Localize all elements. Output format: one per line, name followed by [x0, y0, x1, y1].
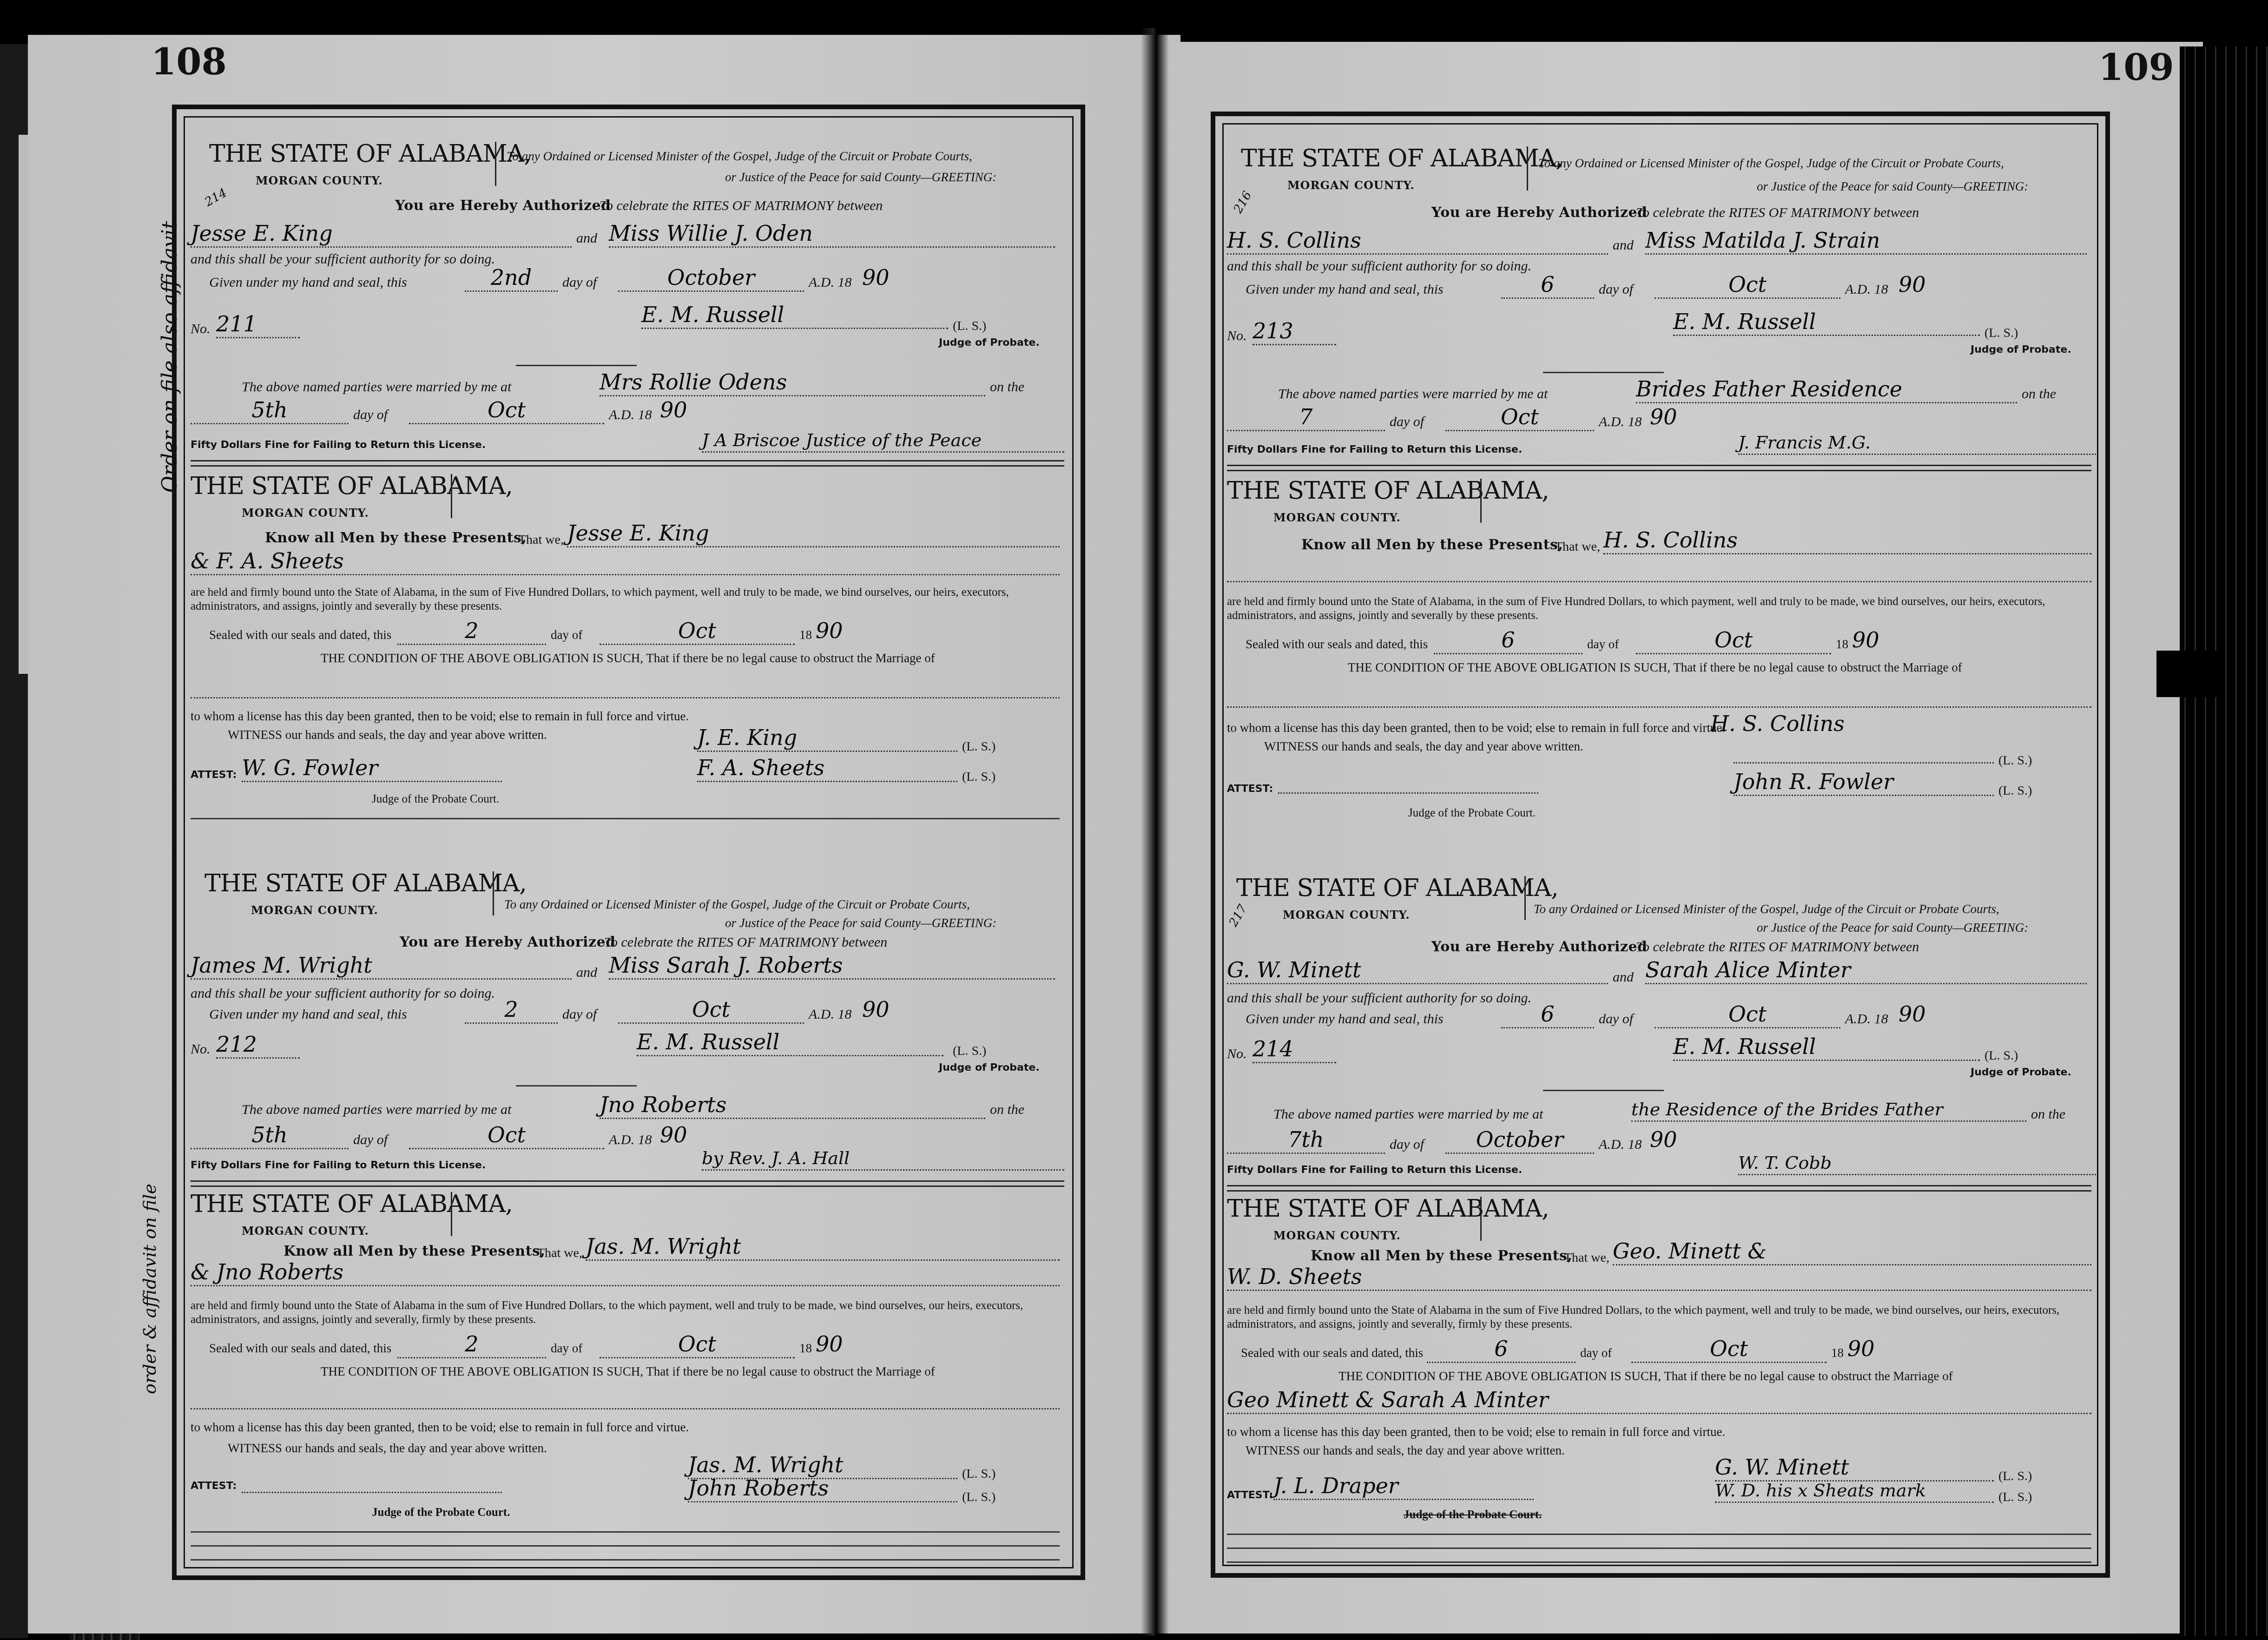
- condition-names: [1227, 683, 2091, 708]
- ad-text-2: A.D. 18: [609, 407, 652, 423]
- license-month: Oct: [618, 997, 804, 1024]
- celebrate-text: To celebrate the RITES OF MATRIMONY betw…: [1636, 939, 1919, 955]
- bride-name: Miss Matilda J. Strain: [1645, 228, 2087, 255]
- day-of-text: day of: [1599, 281, 1633, 298]
- attest-label: ATTEST:: [1227, 783, 1273, 795]
- groom-name: H. S. Collins: [1227, 228, 1608, 255]
- license-day: 2nd: [465, 265, 558, 292]
- day-of-text-2: day of: [1390, 414, 1424, 430]
- bond-month: Oct: [600, 1331, 795, 1358]
- margin-note-bottom: order & affidavit on file: [139, 1184, 160, 1394]
- given-text: Given under my hand and seal, this: [209, 1006, 407, 1023]
- bond-county-heading: MORGAN COUNTY.: [1273, 511, 1401, 525]
- ruled-line: [1227, 1534, 2091, 1535]
- bond-text: are held and firmly bound unto the State…: [191, 1299, 1064, 1327]
- married-at: Mrs Rollie Odens: [600, 369, 985, 396]
- bond-year: 90: [1852, 627, 1879, 653]
- margin-number: 217: [1226, 902, 1251, 929]
- witness-text: WITNESS our hands and seals, the day and…: [228, 727, 547, 742]
- bond-county-heading: MORGAN COUNTY.: [1273, 1229, 1401, 1243]
- bond-month: Oct: [600, 618, 795, 645]
- section-divider: [1227, 1185, 2091, 1192]
- record-214: THE STATE OF ALABAMA, MORGAN COUNTY. 217…: [1227, 874, 2101, 1571]
- married-year: 90: [660, 397, 687, 423]
- margin-number: 216: [1231, 189, 1255, 216]
- greeting-line-2: or Justice of the Peace for said County—…: [725, 170, 996, 184]
- married-month: Oct: [409, 397, 604, 424]
- ls-mark-2: (L. S.): [1998, 783, 2032, 799]
- sealed-text: Sealed with our seals and dated, this: [209, 627, 391, 642]
- witness-text: WITNESS our hands and seals, the day and…: [228, 1441, 547, 1456]
- year-prefix: 18: [1831, 1345, 1844, 1360]
- know-all-text: Know all Men by these Presents,: [1311, 1248, 1572, 1265]
- that-we-text: That we,: [537, 1245, 582, 1261]
- bride-name: Miss Sarah J. Roberts: [609, 953, 1055, 980]
- attest-signature: W. G. Fowler: [242, 755, 502, 782]
- bond-state-heading: THE STATE OF ALABAMA,: [1227, 1194, 1549, 1223]
- bond-text: are held and firmly bound unto the State…: [191, 586, 1064, 613]
- bond-principals-1: Jesse E. King: [567, 520, 1060, 547]
- ad-text-2: A.D. 18: [1599, 1136, 1642, 1153]
- bond-principals-1: Jas. M. Wright: [586, 1234, 1060, 1261]
- married-month: Oct: [409, 1122, 604, 1149]
- ruled-line: [191, 818, 1060, 819]
- day-of-text-3: day of: [551, 1341, 582, 1356]
- day-of-text-3: day of: [1587, 637, 1619, 652]
- celebrate-text: To celebrate the RITES OF MATRIMONY betw…: [1636, 204, 1919, 221]
- ls-mark: (L. S.): [953, 1043, 986, 1059]
- given-text: Given under my hand and seal, this: [1246, 1011, 1444, 1027]
- section-divider: [191, 1180, 1064, 1187]
- section-divider: [1227, 465, 2091, 471]
- greeting-line-1: To any Ordained or Licensed Minister of …: [1534, 902, 1999, 916]
- bond-principals-2: & F. A. Sheets: [191, 548, 1060, 575]
- license-number: 214: [1253, 1036, 1336, 1063]
- witness-text: WITNESS our hands and seals, the day and…: [1264, 739, 1583, 754]
- that-we-text: That we,: [1564, 1250, 1609, 1266]
- and-text: and: [1613, 969, 1634, 986]
- license-number: 211: [216, 311, 300, 338]
- judge-probate-court-label: Judge of the Probate Court.: [1404, 1508, 1542, 1522]
- married-year: 90: [1650, 1127, 1677, 1153]
- ls-mark-2: (L. S.): [1998, 1489, 2032, 1505]
- married-by-text: The above named parties were married by …: [242, 379, 511, 395]
- bond-year: 90: [1847, 1336, 1875, 1362]
- page-number-left: 108: [151, 41, 227, 83]
- condition-names: Geo Minett & Sarah A Minter: [1227, 1387, 2091, 1414]
- officiant-signature: W. T. Cobb: [1738, 1153, 2096, 1175]
- celebrate-text: To celebrate the RITES OF MATRIMONY betw…: [604, 934, 887, 951]
- day-of-text-3: day of: [1580, 1345, 1612, 1360]
- ad-text: A.D. 18: [1845, 281, 1888, 298]
- day-of-text-2: day of: [1390, 1136, 1424, 1153]
- authorized-text: You are Hereby Authorized: [395, 198, 611, 214]
- ls-mark-1: (L. S.): [1998, 1469, 2032, 1484]
- page-stack-right: [2180, 46, 2268, 1636]
- fine-notice: Fifty Dollars Fine for Failing to Return…: [1227, 444, 1522, 456]
- officiant-signature: by Rev. J. A. Hall: [702, 1148, 1064, 1171]
- separator-ornament: [516, 1085, 637, 1087]
- bond-state-heading: THE STATE OF ALABAMA,: [1227, 476, 1549, 505]
- married-by-text: The above named parties were married by …: [1278, 386, 1548, 402]
- married-month: Oct: [1445, 404, 1594, 431]
- judge-signature: E. M. Russell: [1673, 1034, 1980, 1061]
- separator-ornament: [1543, 372, 1664, 373]
- bond-county-heading: MORGAN COUNTY.: [242, 1225, 369, 1238]
- judge-signature: E. M. Russell: [637, 1029, 943, 1056]
- license-day: 2: [465, 997, 558, 1024]
- on-the-text: on the: [990, 379, 1024, 395]
- separator-ornament: [1543, 1090, 1664, 1091]
- sufficient-text: and this shall be your sufficient author…: [191, 251, 495, 268]
- know-all-text: Know all Men by these Presents,: [1301, 537, 1563, 553]
- judge-of-probate-label: Judge of Probate.: [1971, 344, 2071, 356]
- authorized-text: You are Hereby Authorized: [1431, 204, 1648, 221]
- greeting-line-1: To any Ordained or Licensed Minister of …: [504, 897, 970, 912]
- state-heading: THE STATE OF ALABAMA,: [1241, 144, 1563, 173]
- day-of-text: day of: [1599, 1011, 1633, 1027]
- and-text: and: [1613, 237, 1634, 254]
- ls-mark-2: (L. S.): [962, 769, 996, 785]
- day-of-text-2: day of: [353, 1132, 388, 1148]
- ad-text: A.D. 18: [809, 1006, 852, 1023]
- condition-names: [191, 1385, 1060, 1409]
- attest-label: ATTEST:: [191, 769, 237, 781]
- ruled-line: [1227, 1548, 2091, 1549]
- and-text: and: [576, 230, 597, 247]
- attest-signature: [242, 1469, 502, 1493]
- brace: [1527, 146, 1528, 191]
- ls-mark: (L. S.): [953, 318, 986, 334]
- groom-name: James M. Wright: [191, 953, 572, 980]
- officiant-signature: J A Briscoe Justice of the Peace: [702, 430, 1064, 453]
- bond-state-heading: THE STATE OF ALABAMA,: [191, 472, 513, 501]
- condition-text: THE CONDITION OF THE ABOVE OBLIGATION IS…: [321, 1364, 935, 1379]
- married-by-text: The above named parties were married by …: [242, 1101, 511, 1118]
- sufficient-text: and this shall be your sufficient author…: [1227, 258, 1531, 275]
- condition-names: [191, 674, 1060, 698]
- state-heading: THE STATE OF ALABAMA,: [1236, 874, 1558, 902]
- brace: [1480, 1197, 1482, 1241]
- to-whom-text: to whom a license has this day been gran…: [1227, 720, 1725, 735]
- index-tab: [2156, 651, 2222, 697]
- bond-county-heading: MORGAN COUNTY.: [242, 507, 369, 520]
- ls-mark-2: (L. S.): [962, 1489, 996, 1505]
- on-the-text: on the: [2031, 1106, 2065, 1123]
- authorized-text: You are Hereby Authorized: [1431, 939, 1648, 955]
- signature-1: H. S. Collins: [1710, 711, 1845, 737]
- given-text: Given under my hand and seal, this: [1246, 281, 1444, 298]
- bond-principals-2: & Jno Roberts: [191, 1259, 1060, 1286]
- fine-notice: Fifty Dollars Fine for Failing to Return…: [1227, 1164, 1522, 1176]
- ls-mark-1: (L. S.): [962, 1466, 996, 1482]
- bond-principals-1: Geo. Minett &: [1613, 1238, 2091, 1265]
- signature-1: G. W. Minett: [1715, 1455, 1994, 1482]
- bride-name: Sarah Alice Minter: [1645, 957, 2087, 984]
- license-year: 90: [1899, 272, 1926, 297]
- bond-principals-1: H. S. Collins: [1603, 527, 2091, 554]
- married-at: the Residence of the Brides Father: [1631, 1099, 2026, 1122]
- section-divider: [191, 460, 1064, 467]
- married-day: 7th: [1227, 1127, 1385, 1154]
- to-whom-text: to whom a license has this day been gran…: [191, 709, 689, 724]
- no-label: No.: [191, 1041, 211, 1058]
- married-year: 90: [660, 1122, 687, 1148]
- to-whom-text: to whom a license has this day been gran…: [191, 1420, 689, 1435]
- condition-text: THE CONDITION OF THE ABOVE OBLIGATION IS…: [1348, 660, 1962, 675]
- bond-day: 2: [397, 1331, 546, 1358]
- judge-signature: E. M. Russell: [641, 302, 948, 329]
- condition-text: THE CONDITION OF THE ABOVE OBLIGATION IS…: [321, 651, 935, 665]
- license-day: 6: [1501, 272, 1594, 299]
- state-heading: THE STATE OF ALABAMA,: [204, 869, 527, 898]
- record-212: THE STATE OF ALABAMA, MORGAN COUNTY. To …: [191, 869, 1074, 1566]
- married-at: Brides Father Residence: [1636, 376, 2017, 403]
- no-label: No.: [1227, 328, 1247, 344]
- fine-notice: Fifty Dollars Fine for Failing to Return…: [191, 439, 486, 451]
- that-we-text: That we,: [1555, 539, 1600, 555]
- brace: [1480, 479, 1482, 523]
- day-of-text: day of: [562, 274, 597, 291]
- no-label: No.: [191, 321, 211, 337]
- bride-name: Miss Willie J. Oden: [609, 221, 1055, 248]
- married-day: 7: [1227, 404, 1385, 431]
- attest-signature: [1278, 769, 1538, 794]
- license-month: Oct: [1655, 272, 1840, 299]
- ad-text-2: A.D. 18: [1599, 414, 1642, 430]
- ruled-line: [191, 1531, 1060, 1533]
- sufficient-text: and this shall be your sufficient author…: [1227, 990, 1531, 1007]
- attest-label: ATTEST:: [1227, 1489, 1273, 1502]
- judge-of-probate-label: Judge of Probate.: [939, 337, 1040, 349]
- judge-probate-court-label: Judge of the Probate Court.: [372, 792, 499, 806]
- greeting-line-2: or Justice of the Peace for said County—…: [1757, 179, 2028, 194]
- judge-probate-court-label: Judge of the Probate Court.: [372, 1506, 510, 1520]
- sealed-text: Sealed with our seals and dated, this: [1246, 637, 1428, 652]
- license-month: Oct: [1655, 1001, 1840, 1028]
- greeting-line-1: To any Ordained or Licensed Minister of …: [1538, 156, 2004, 171]
- brace: [493, 871, 494, 916]
- signature-2: John Roberts: [688, 1475, 957, 1502]
- day-of-text-2: day of: [353, 407, 388, 423]
- attest-signature: J. L. Draper: [1273, 1473, 1534, 1500]
- judge-signature: E. M. Russell: [1673, 309, 1980, 336]
- brace: [451, 474, 452, 518]
- year-prefix: 18: [799, 1341, 812, 1356]
- signature-2: F. A. Sheets: [697, 755, 957, 782]
- married-month: October: [1445, 1127, 1594, 1154]
- officiant-signature: J. Francis M.G.: [1738, 432, 2096, 455]
- judge-of-probate-label: Judge of Probate.: [1971, 1067, 2071, 1079]
- page-number-right: 109: [2098, 46, 2174, 89]
- bond-year: 90: [816, 1331, 843, 1357]
- bond-principals-2: [1227, 558, 2091, 582]
- day-of-text-3: day of: [551, 627, 582, 642]
- attest-label: ATTEST:: [191, 1480, 237, 1492]
- groom-name: Jesse E. King: [191, 221, 572, 248]
- ruled-line: [191, 1545, 1060, 1547]
- year-prefix: 18: [799, 627, 812, 642]
- county-heading: MORGAN COUNTY.: [1283, 909, 1410, 922]
- ad-text: A.D. 18: [809, 274, 852, 291]
- bond-day: 2: [397, 618, 546, 645]
- know-all-text: Know all Men by these Presents,: [283, 1243, 545, 1260]
- ls-mark: (L. S.): [1984, 325, 2018, 341]
- condition-text: THE CONDITION OF THE ABOVE OBLIGATION IS…: [1338, 1369, 1953, 1383]
- ad-text-2: A.D. 18: [609, 1132, 652, 1148]
- bond-day: 6: [1434, 627, 1582, 654]
- license-number: 212: [216, 1032, 300, 1059]
- bond-month: Oct: [1631, 1336, 1826, 1363]
- on-the-text: on the: [990, 1101, 1024, 1118]
- that-we-text: That we,: [518, 532, 564, 548]
- bond-state-heading: THE STATE OF ALABAMA,: [191, 1190, 513, 1218]
- ls-mark-1: (L. S.): [1998, 753, 2032, 769]
- greeting-line-2: or Justice of the Peace for said County—…: [725, 916, 996, 930]
- sealed-text: Sealed with our seals and dated, this: [209, 1341, 391, 1356]
- judge-of-probate-label: Judge of Probate.: [939, 1062, 1040, 1074]
- record-211: THE STATE OF ALABAMA, MORGAN COUNTY. To …: [191, 139, 1074, 836]
- signature-1: J. E. King: [697, 725, 957, 752]
- license-year: 90: [862, 997, 890, 1022]
- greeting-line-1: To any Ordained or Licensed Minister of …: [507, 149, 972, 164]
- brace: [451, 1192, 452, 1236]
- and-text: and: [576, 964, 597, 981]
- ls-mark-1: (L. S.): [962, 739, 996, 755]
- married-day: 5th: [191, 397, 349, 424]
- married-at: Jno Roberts: [600, 1092, 985, 1119]
- groom-name: G. W. Minett: [1227, 957, 1608, 984]
- to-whom-text: to whom a license has this day been gran…: [1227, 1424, 1725, 1439]
- license-year: 90: [862, 265, 890, 290]
- bond-principals-2: W. D. Sheets: [1227, 1264, 2091, 1291]
- sealed-text: Sealed with our seals and dated, this: [1241, 1345, 1423, 1360]
- license-month: October: [618, 265, 804, 292]
- judge-probate-court-label: Judge of the Probate Court.: [1408, 806, 1536, 820]
- brace: [495, 142, 496, 186]
- bond-text: are held and firmly bound unto the State…: [1227, 595, 2091, 623]
- married-day: 5th: [191, 1122, 349, 1149]
- bond-day: 6: [1427, 1336, 1576, 1363]
- book-gutter: [1141, 28, 1169, 1636]
- margin-number: 214: [203, 186, 230, 210]
- brace: [1524, 876, 1526, 920]
- signature-1-line: [1734, 762, 1994, 764]
- on-the-text: on the: [2022, 386, 2056, 402]
- no-label: No.: [1227, 1046, 1247, 1062]
- ruled-line: [191, 1559, 1060, 1561]
- signature-2: W. D. his x Sheats mark: [1715, 1480, 1994, 1503]
- state-heading: THE STATE OF ALABAMA,: [209, 139, 531, 168]
- county-heading: MORGAN COUNTY.: [1287, 179, 1415, 192]
- authorized-text: You are Hereby Authorized: [400, 934, 616, 951]
- ls-mark: (L. S.): [1984, 1048, 2018, 1064]
- ad-text: A.D. 18: [1845, 1011, 1888, 1027]
- signature-2: John R. Fowler: [1734, 769, 1994, 796]
- separator-ornament: [516, 365, 637, 366]
- greeting-line-2: or Justice of the Peace for said County—…: [1757, 920, 2028, 935]
- year-prefix: 18: [1836, 637, 1848, 652]
- married-by-text: The above named parties were married by …: [1273, 1106, 1543, 1123]
- license-day: 6: [1501, 1001, 1594, 1028]
- given-text: Given under my hand and seal, this: [209, 274, 407, 291]
- bond-text: are held and firmly bound unto the State…: [1227, 1304, 2091, 1331]
- bond-year: 90: [816, 618, 843, 644]
- fine-notice: Fifty Dollars Fine for Failing to Return…: [191, 1159, 486, 1172]
- witness-text: WITNESS our hands and seals, the day and…: [1246, 1443, 1565, 1458]
- know-all-text: Know all Men by these Presents,: [265, 530, 527, 547]
- license-year: 90: [1899, 1001, 1926, 1027]
- county-heading: MORGAN COUNTY.: [256, 174, 383, 188]
- record-213: THE STATE OF ALABAMA, MORGAN COUNTY. To …: [1227, 144, 2101, 841]
- license-number: 213: [1253, 318, 1336, 345]
- sufficient-text: and this shall be your sufficient author…: [191, 985, 495, 1002]
- county-heading: MORGAN COUNTY.: [251, 904, 378, 917]
- day-of-text: day of: [562, 1006, 597, 1023]
- married-year: 90: [1650, 404, 1677, 430]
- bond-month: Oct: [1636, 627, 1831, 654]
- ruled-line: [1227, 1561, 2091, 1563]
- celebrate-text: To celebrate the RITES OF MATRIMONY betw…: [600, 198, 883, 214]
